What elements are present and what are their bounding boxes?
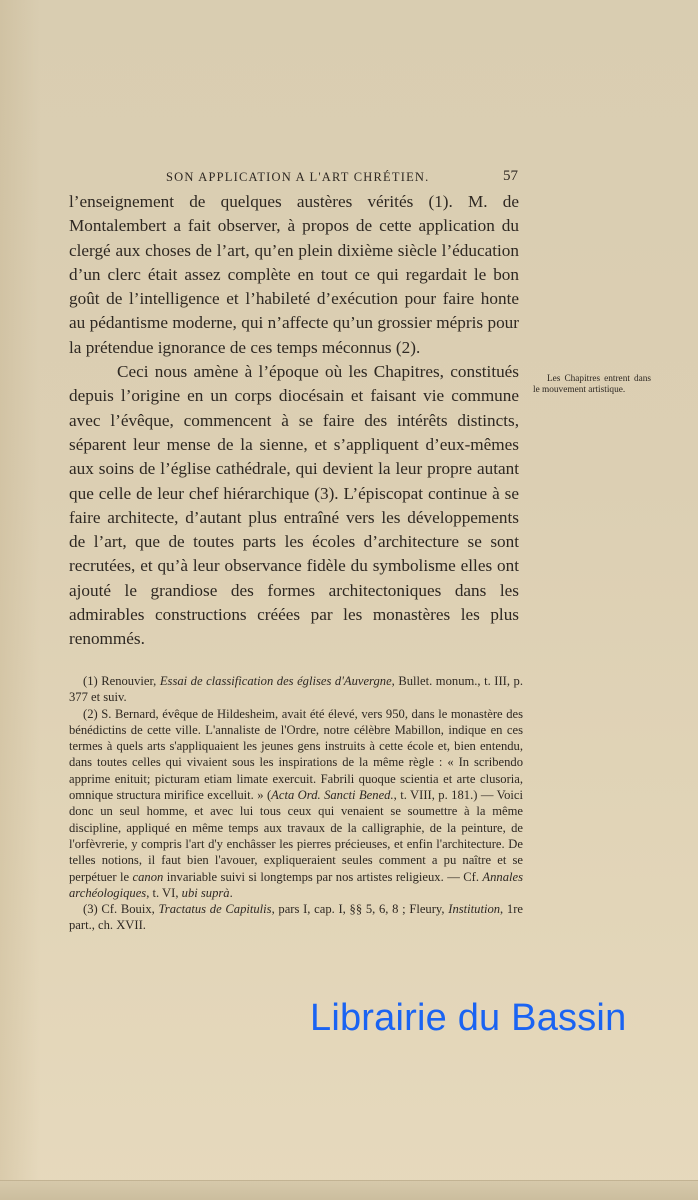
margin-note: Les Chapitres entrent dans le mouvement … [533, 374, 651, 396]
book-page: SON APPLICATION A L'ART CHRÉTIEN. 57 l’e… [0, 0, 698, 1188]
footnote-marker: (3) [83, 902, 101, 916]
paragraph-2: Ceci nous amène à l’époque où les Chapit… [69, 360, 519, 652]
footnote-3: (3) Cf. Bouix, Tractatus de Capitulis, p… [69, 901, 523, 934]
page-gutter-shadow [0, 0, 40, 1200]
footnote-marker: (2) [83, 707, 101, 721]
main-text: l’enseignement de quelques austères véri… [69, 190, 519, 652]
page-bottom-edge [0, 1180, 698, 1200]
paragraph-1: l’enseignement de quelques austères véri… [69, 190, 519, 360]
running-header: SON APPLICATION A L'ART CHRÉTIEN. 57 [166, 168, 518, 188]
footnote-marker: (1) [83, 674, 101, 688]
page-number: 57 [503, 168, 518, 185]
watermark-text: Librairie du Bassin [310, 997, 626, 1040]
footnote-1: (1) Renouvier, Essai de classification d… [69, 673, 523, 706]
footnote-2: (2) S. Bernard, évêque de Hildesheim, av… [69, 706, 523, 902]
footnotes: (1) Renouvier, Essai de classification d… [69, 673, 523, 934]
running-title: SON APPLICATION A L'ART CHRÉTIEN. [166, 170, 429, 185]
